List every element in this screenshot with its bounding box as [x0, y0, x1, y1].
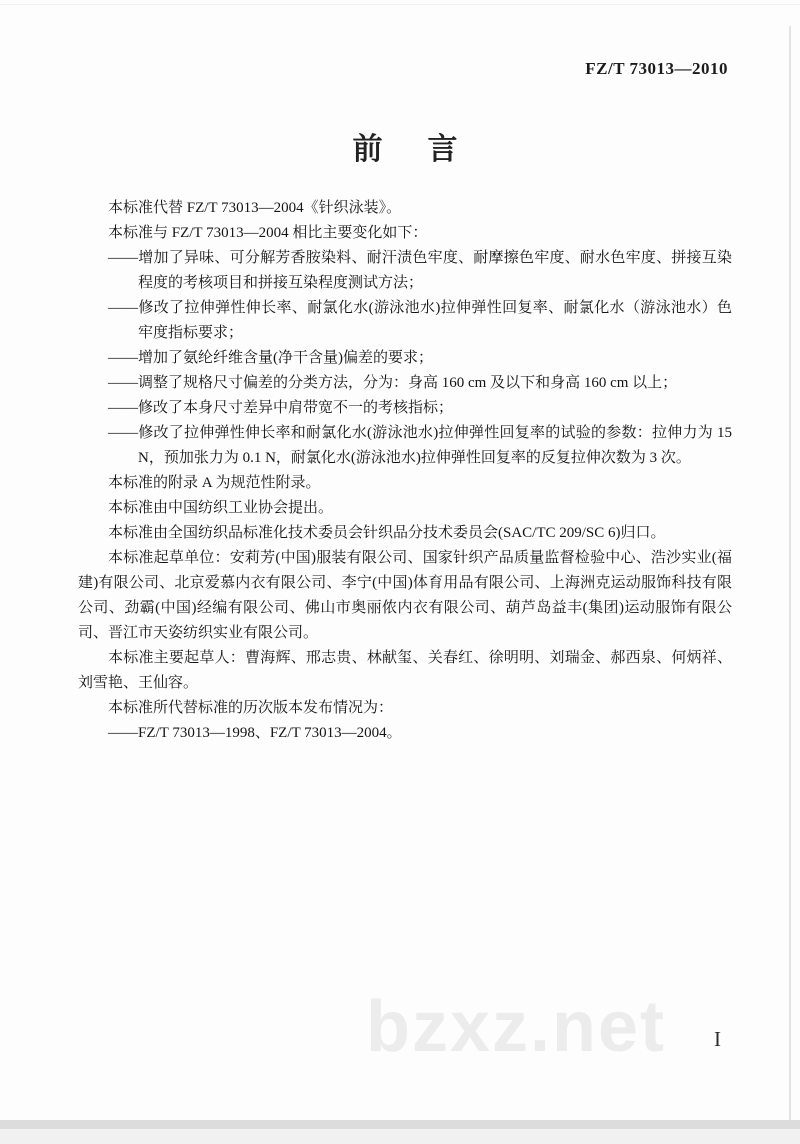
page-edge-bottom-shadow [0, 1120, 800, 1129]
foreword-paragraph: 本标准由全国纺织品标准化技术委员会针织品分技术委员会(SAC/TC 209/SC… [78, 521, 732, 546]
foreword-paragraph: 本标准起草单位：安莉芳(中国)服装有限公司、国家针织产品质量监督检验中心、浩沙实… [78, 546, 732, 646]
foreword-change-item: ——修改了本身尺寸差异中肩带宽不一的考核指标； [78, 396, 732, 421]
foreword-paragraph: 本标准由中国纺织工业协会提出。 [78, 496, 732, 521]
foreword-paragraph: 本标准代替 FZ/T 73013—2004《针织泳装》。 [78, 196, 732, 221]
site-watermark: bzxz.net [366, 986, 666, 1068]
page-title: 前言 [78, 124, 732, 168]
page-number: I [714, 1027, 721, 1052]
foreword-change-item: ——调整了规格尺寸偏差的分类方法，分为：身高 160 cm 及以下和身高 160… [78, 371, 732, 396]
foreword-paragraph: ——FZ/T 73013—1998、FZ/T 73013—2004。 [78, 721, 732, 746]
page-edge-top-line [0, 4, 800, 5]
page-edge-bottom-margin [0, 1129, 800, 1144]
page-edge-right-line [789, 26, 791, 1122]
foreword-change-item: ——修改了拉伸弹性伸长率和耐氯化水(游泳池水)拉伸弹性回复率的试验的参数：拉伸力… [78, 421, 732, 471]
foreword-change-item: ——修改了拉伸弹性伸长率、耐氯化水(游泳池水)拉伸弹性回复率、耐氯化水（游泳池水… [78, 296, 732, 346]
foreword-change-item: ——增加了异味、可分解芳香胺染料、耐汗渍色牢度、耐摩擦色牢度、耐水色牢度、拼接互… [78, 246, 732, 296]
foreword-paragraph: 本标准主要起草人：曹海辉、邢志贵、林献玺、关春红、徐明明、刘瑞金、郝西泉、何炳祥… [78, 646, 732, 696]
foreword-paragraph: 本标准所代替标准的历次版本发布情况为： [78, 696, 732, 721]
foreword-paragraph: 本标准与 FZ/T 73013—2004 相比主要变化如下： [78, 221, 732, 246]
standard-code: FZ/T 73013—2010 [585, 59, 728, 79]
foreword-body: 本标准代替 FZ/T 73013—2004《针织泳装》。 本标准与 FZ/T 7… [78, 196, 732, 746]
foreword-change-item: ——增加了氨纶纤维含量(净干含量)偏差的要求； [78, 346, 732, 371]
foreword-paragraph: 本标准的附录 A 为规范性附录。 [78, 471, 732, 496]
